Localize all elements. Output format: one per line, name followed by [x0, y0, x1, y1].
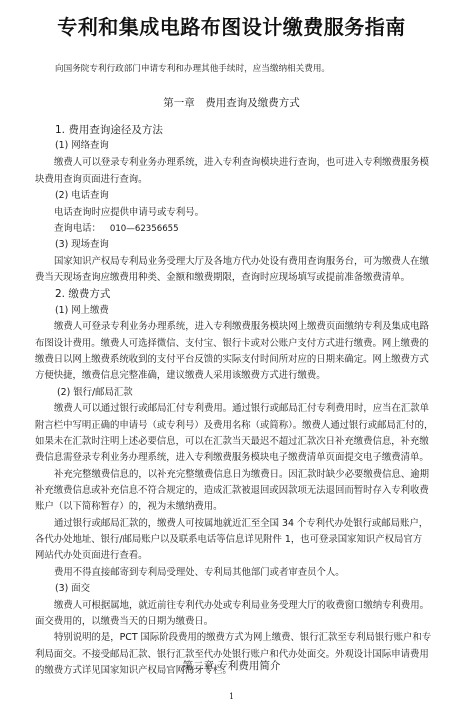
in-person-line: 面交费用的，以缴费当天的日期为缴费日。 [35, 616, 213, 628]
chapter2-heading: 第二章 专利费用简介 [0, 658, 463, 673]
bank-post-line: 附言栏中写明正确的申请号（或专利号）及费用名称（或简称）。缴费人通过银行或邮局汇… [35, 420, 433, 432]
bank-post-line: 各代办处地址、银行/邮局账户以及联系电话等信息详见附件 1，也可登录国家知识产权… [35, 534, 422, 546]
online-query-line: 缴费人可以登录专利业务办理系统，进入专利查询模块进行查询，也可进入专利缴费服务模 [54, 157, 429, 169]
online-payment-line: 缴费日以网上缴费系统收到的支付平台反馈的实际支付时间所对应的日期来确定。网上缴费… [35, 354, 429, 366]
in-person-line: 缴费人可根据属地，就近前往专利代办处或专利局业务受理大厅的收费窗口缴纳专利费用。 [54, 600, 429, 612]
bank-post-line: 如果未在汇款时注明上述必要信息，可以在汇款当天最迟不超过汇款次日补充缴费信息，补… [35, 436, 429, 448]
online-payment-heading: (1) 网上缴费 [55, 305, 109, 317]
online-query-heading: (1) 网络查询 [55, 140, 109, 152]
bank-post-line: 补充完整缴费信息的，以补充完整缴费信息日为缴费日。因汇款时缺少必要缴费信息、逾期 [54, 469, 429, 481]
document-page: 专利和集成电路布图设计缴费服务指南 向国务院专利行政部门申请专利和办理其他手续时… [0, 0, 463, 704]
online-query-line: 块费用查询页面进行查询。 [35, 174, 148, 186]
online-payment-line: 方便快捷，缴费信息完整准确，建议缴费人采用该缴费方式进行缴费。 [35, 370, 326, 382]
phone-number: 010—62356655 [110, 224, 179, 234]
phone-number-row: 查询电话： 010—62356655 [54, 223, 179, 235]
special-note-line: 特别说明的是，PCT 国际阶段费用的缴费方式为网上缴费、银行汇款至专利局银行账户… [54, 632, 431, 644]
bank-post-line: 缴费人可以通过银行或邮局汇付专利费用。通过银行或邮局汇付专利费用时，应当在汇款单 [54, 403, 429, 415]
intro-paragraph: 向国务院专利行政部门申请专利和办理其他手续时，应当缴纳相关费用。 [55, 63, 330, 75]
onsite-query-line: 费当天现场查询应缴费用种类、金额和缴费期限，查询时应现场填写或提前准备缴费清单。 [35, 272, 410, 284]
bank-post-line: 费信息需登录专利业务办理系统，进入专利缴费服务模块电子缴费清单页面提交电子缴费清… [35, 452, 429, 464]
phone-query-heading: (2) 电话查询 [55, 190, 109, 202]
document-title: 专利和集成电路布图设计缴费服务指南 [0, 11, 463, 40]
in-person-heading: (3) 面交 [55, 583, 90, 595]
bank-post-heading: (2) 银行/邮局汇款 [57, 387, 133, 399]
bank-post-line: 补充缴费信息或补充信息不符合规定的，造成汇款被退回或因款项无法退回而暂时存入专利… [35, 485, 429, 497]
onsite-query-line: 国家知识产权局专利局业务受理大厅及各地方代办处设有费用查询服务台，可为缴费人在缴 [54, 256, 429, 268]
bank-post-line: 网站代办处页面进行查看。 [35, 550, 148, 562]
phone-label: 查询电话： [54, 223, 101, 234]
online-payment-line: 布图设计费用。缴费人可选择微信、支付宝、银行卡或对公账户支付方式进行缴费。网上缴… [35, 338, 429, 350]
bank-post-line: 通过银行或邮局汇款的，缴费人可按属地就近汇至全国 34 个专利代办处银行或邮局账… [54, 518, 428, 530]
section2-heading: 2. 缴费方式 [55, 288, 110, 300]
onsite-query-heading: (3) 现场查询 [55, 239, 109, 251]
chapter1-heading: 第一章 费用查询及缴费方式 [0, 95, 463, 110]
online-payment-line: 缴费人可登录专利业务办理系统，进入专利缴费服务模块网上缴费页面缴纳专利及集成电路 [54, 321, 429, 333]
page-number: 1 [0, 692, 463, 701]
phone-query-line: 电话查询时应提供申请号或专利号。 [54, 207, 204, 219]
bank-post-line: 费用不得直接邮寄到专利局受理处、专利局其他部门或者审查员个人。 [54, 567, 345, 579]
section1-heading: 1. 费用查询途径及方法 [55, 124, 163, 136]
bank-post-line: 账户（以下简称暂存）的，视为未缴纳费用。 [35, 501, 223, 513]
